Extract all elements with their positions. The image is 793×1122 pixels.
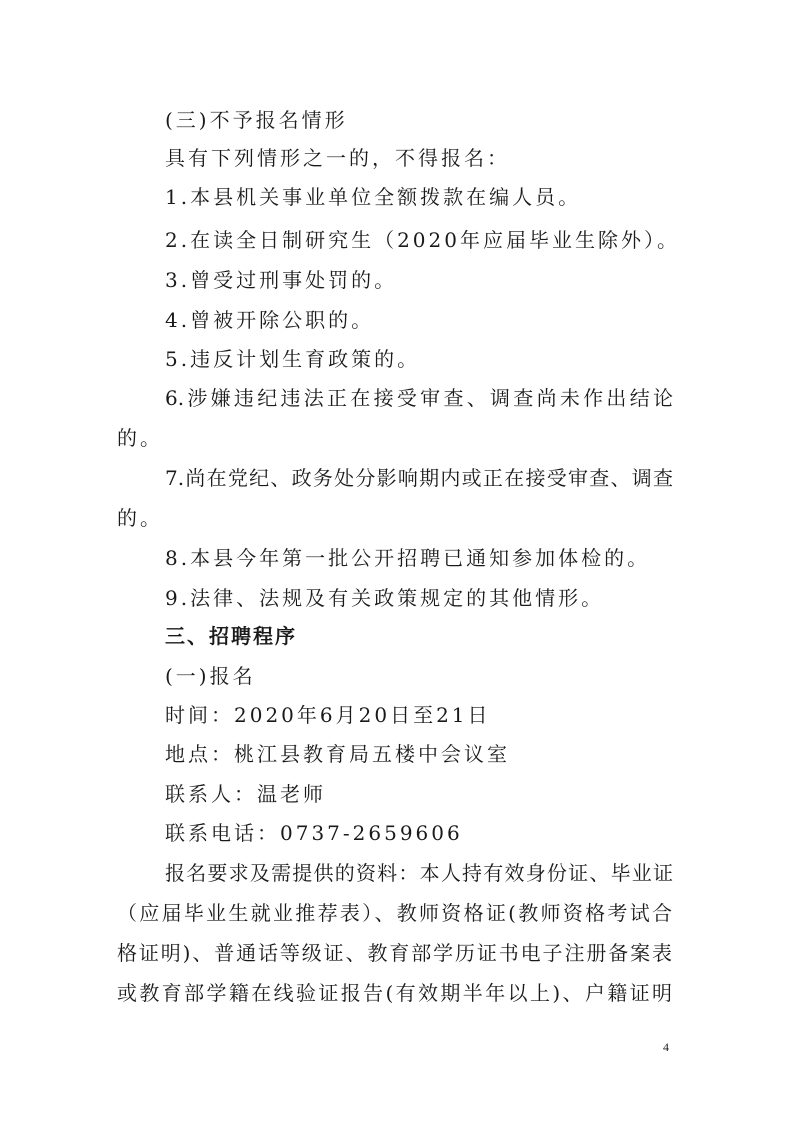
- list-item-2: 2.在读全日制研究生（2020年应届毕业生除外）。: [165, 228, 680, 252]
- requirements-paragraph-line-2: （应届毕业生就业推荐表）、教师资格证(教师资格考试合: [117, 901, 672, 925]
- list-item-7-continuation: 的。: [117, 506, 163, 530]
- contact-phone: 联系电话：0737-2659606: [165, 821, 463, 845]
- list-item-8: 8.本县今年第一批公开招聘已通知参加体检的。: [165, 546, 650, 570]
- list-item-9: 9.法律、法规及有关政策规定的其他情形。: [165, 586, 604, 610]
- requirements-paragraph-line-3: 格证明)、普通话等级证、教育部学历证书电子注册备案表: [117, 941, 672, 965]
- page-number: 4: [663, 1040, 669, 1055]
- list-item-6: 6.涉嫌违纪违法正在接受审查、调查尚未作出结论: [165, 386, 673, 410]
- requirements-paragraph-line-1: 报名要求及需提供的资料：本人持有效身份证、毕业证: [165, 861, 673, 885]
- subheading-registration: (一)报名: [165, 664, 256, 688]
- contact-person: 联系人：温老师: [165, 782, 326, 806]
- paragraph-intro: 具有下列情形之一的，不得报名：: [165, 146, 510, 170]
- list-item-5: 5.违反计划生育政策的。: [165, 347, 420, 371]
- registration-time: 时间：2020年6月20日至21日: [165, 703, 491, 727]
- list-item-4: 4.曾被开除公职的。: [165, 308, 374, 332]
- requirements-paragraph-line-4: 或教育部学籍在线验证报告(有效期半年以上)、户籍证明: [117, 981, 672, 1005]
- list-item-6-continuation: 的。: [117, 426, 163, 450]
- registration-location: 地点：桃江县教育局五楼中会议室: [165, 742, 510, 766]
- list-item-3: 3.曾受过刑事处罚的。: [165, 268, 397, 292]
- subheading-disqualifications: (三)不予报名情形: [165, 108, 348, 132]
- section-heading-recruitment-procedure: 三、招聘程序: [165, 624, 297, 648]
- list-item-7: 7.尚在党纪、政务处分影响期内或正在接受审查、调查: [165, 466, 673, 490]
- list-item-1: 1.本县机关事业单位全额拨款在编人员。: [165, 185, 581, 209]
